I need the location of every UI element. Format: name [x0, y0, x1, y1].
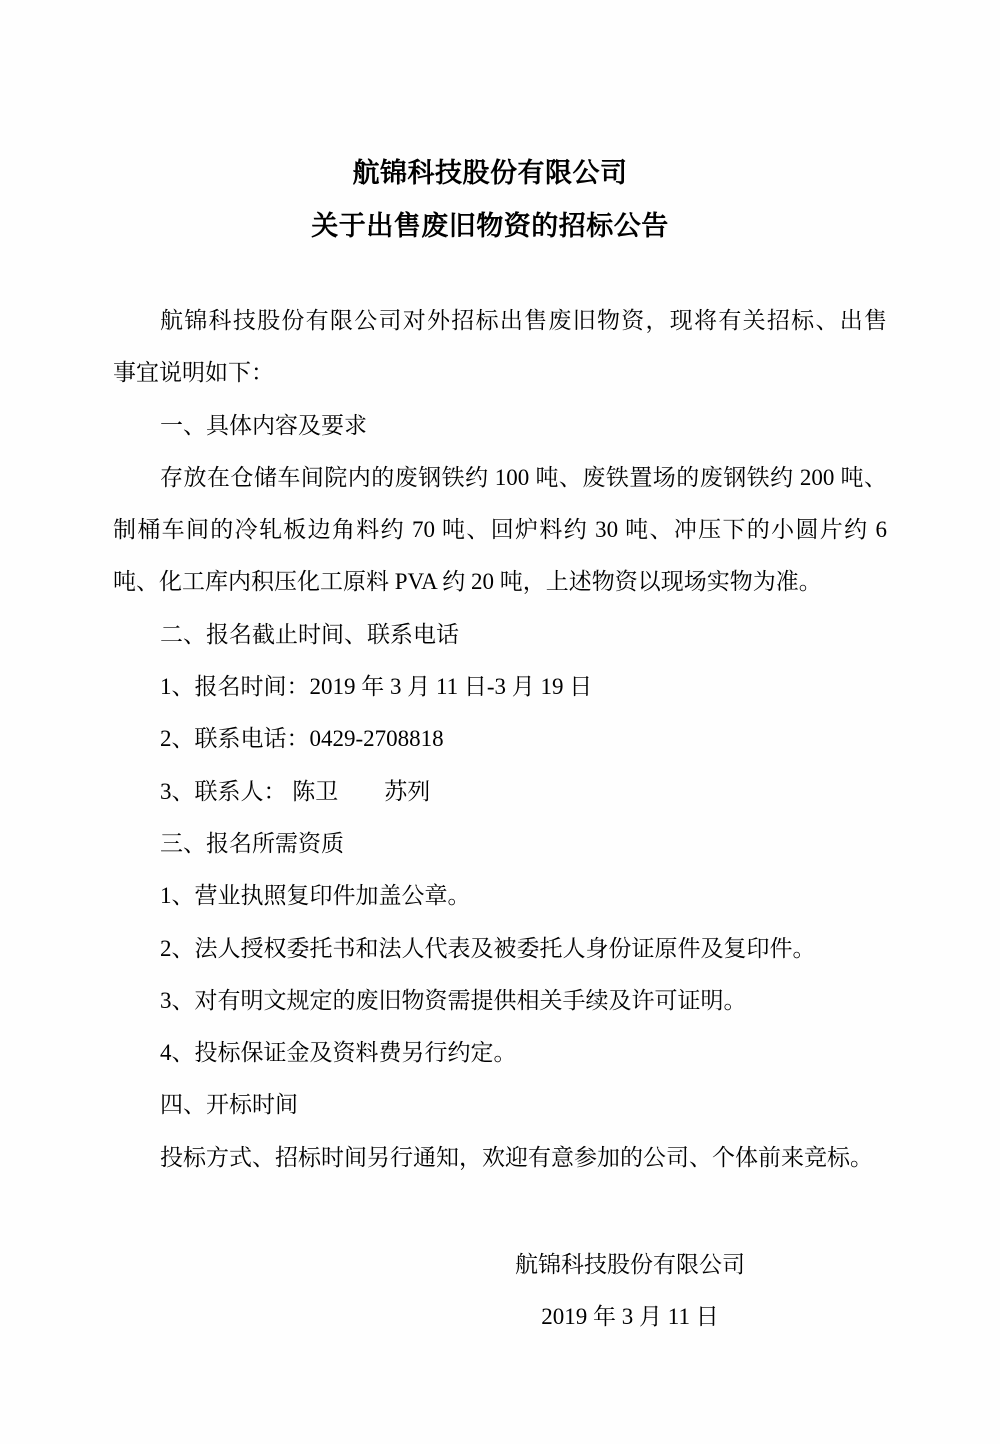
paragraph: 投标方式、招标时间另行通知，欢迎有意参加的公司、个体前来竞标。: [113, 1132, 887, 1184]
text-line: 二、报名截止时间、联系电话: [113, 609, 887, 661]
document-title: 航锦科技股份有限公司: [103, 147, 877, 200]
text-line: 航锦科技股份有限公司对外招标出售废旧物资，现将有关招标、出售: [113, 295, 887, 347]
text-line: 1、营业执照复印件加盖公章。: [113, 870, 887, 922]
paragraph: 1、报名时间：2019 年 3 月 11 日-3 月 19 日: [113, 661, 887, 713]
document-page: 航锦科技股份有限公司 关于出售废旧物资的招标公告 航锦科技股份有限公司对外招标出…: [0, 0, 1000, 1444]
paragraph: 2、法人授权委托书和法人代表及被委托人身份证原件及复印件。: [113, 923, 887, 975]
paragraph: 一、具体内容及要求: [113, 400, 887, 452]
text-line: 4、投标保证金及资料费另行约定。: [113, 1027, 887, 1079]
paragraph: 3、对有明文规定的废旧物资需提供相关手续及许可证明。: [113, 975, 887, 1027]
paragraph: 2、联系电话：0429-2708818: [113, 713, 887, 765]
text-line: 四、开标时间: [113, 1079, 887, 1131]
text-line: 吨、化工库内积压化工原料 PVA 约 20 吨，上述物资以现场实物为准。: [113, 556, 887, 608]
paragraph: 3、联系人： 陈卫 苏列: [113, 766, 887, 818]
paragraph: 1、营业执照复印件加盖公章。: [113, 870, 887, 922]
paragraph: 三、报名所需资质: [113, 818, 887, 870]
signature-block: 航锦科技股份有限公司 2019 年 3 月 11 日: [373, 1239, 887, 1344]
document-body: 航锦科技股份有限公司对外招标出售废旧物资，现将有关招标、出售事宜说明如下：一、具…: [113, 295, 887, 1184]
text-line: 事宜说明如下：: [113, 347, 887, 399]
text-line: 存放在仓储车间院内的废钢铁约 100 吨、废铁置场的废钢铁约 200 吨、: [113, 452, 887, 504]
document-heading: 航锦科技股份有限公司 关于出售废旧物资的招标公告: [103, 0, 877, 253]
text-line: 3、联系人： 陈卫 苏列: [113, 766, 887, 818]
text-line: 一、具体内容及要求: [113, 400, 887, 452]
text-line: 三、报名所需资质: [113, 818, 887, 870]
document-content: 航锦科技股份有限公司 关于出售废旧物资的招标公告 航锦科技股份有限公司对外招标出…: [113, 0, 887, 1344]
signature-date: 2019 年 3 月 11 日: [373, 1291, 887, 1343]
document-subtitle: 关于出售废旧物资的招标公告: [103, 200, 877, 253]
text-line: 2、法人授权委托书和法人代表及被委托人身份证原件及复印件。: [113, 923, 887, 975]
paragraph: 存放在仓储车间院内的废钢铁约 100 吨、废铁置场的废钢铁约 200 吨、制桶车…: [113, 452, 887, 609]
paragraph: 二、报名截止时间、联系电话: [113, 609, 887, 661]
text-line: 3、对有明文规定的废旧物资需提供相关手续及许可证明。: [113, 975, 887, 1027]
paragraph: 4、投标保证金及资料费另行约定。: [113, 1027, 887, 1079]
text-line: 2、联系电话：0429-2708818: [113, 713, 887, 765]
paragraph: 航锦科技股份有限公司对外招标出售废旧物资，现将有关招标、出售事宜说明如下：: [113, 295, 887, 400]
text-line: 投标方式、招标时间另行通知，欢迎有意参加的公司、个体前来竞标。: [113, 1132, 887, 1184]
text-line: 1、报名时间：2019 年 3 月 11 日-3 月 19 日: [113, 661, 887, 713]
signature-company: 航锦科技股份有限公司: [373, 1239, 887, 1291]
paragraph: 四、开标时间: [113, 1079, 887, 1131]
text-line: 制桶车间的冷轧板边角料约 70 吨、回炉料约 30 吨、冲压下的小圆片约 6: [113, 504, 887, 556]
